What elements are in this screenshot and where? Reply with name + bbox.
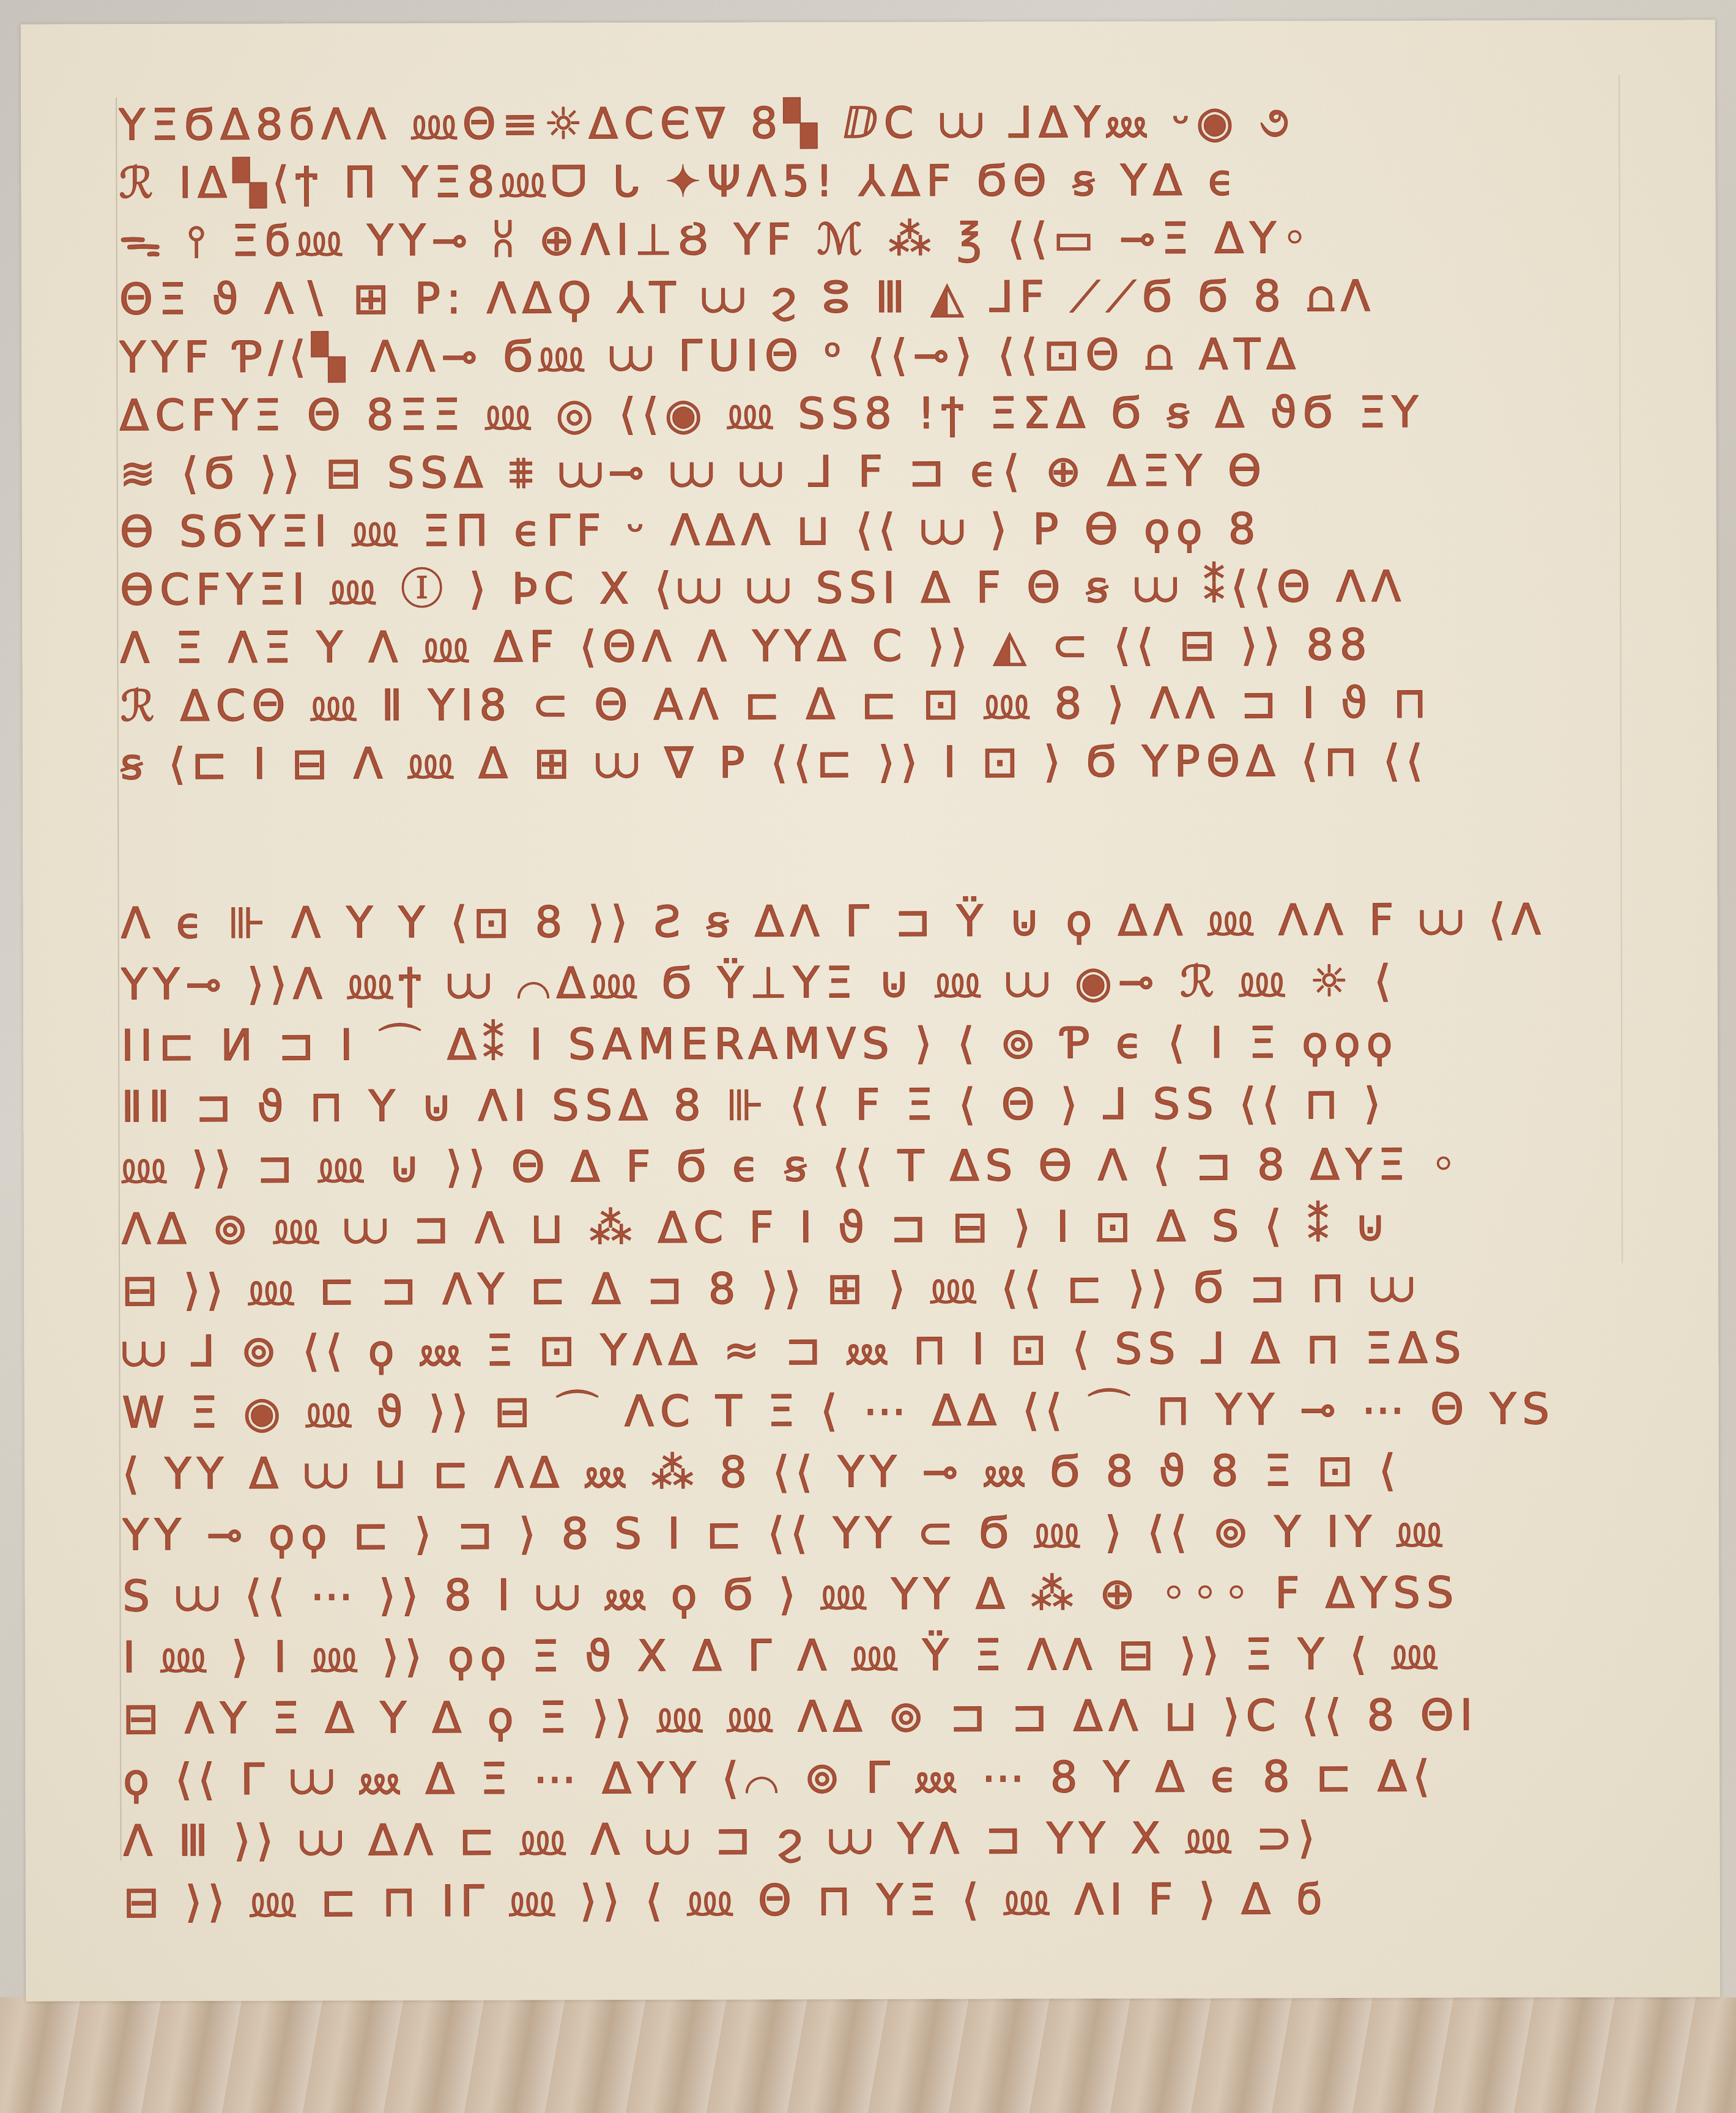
glyph-line: ≋ ⟨Ϭ ⟩⟩ ⊟ ЅЅΔ ⩨ ⩊⊸ ⩊ ⩊ ⅃ Ϝ ⊐ ϵ⟨ ⊕ ΔΞΥ ϴ	[120, 441, 1625, 503]
glyph-line: Ѕ ⩊ ⟨⟨ ⋯ ⟩⟩ 8 Ι ⩊ ⅏ ϙ Ϭ ⟩ ⅏ ΥΥ Δ ⁂ ⊕ ◦◦◦…	[122, 1562, 1627, 1627]
glyph-line: ꞩ ⟨⊏ Ι ⊟ Λ ⅏ Δ ⊞ ⩊ ∇ Ρ ⟨⟨⊏ ⟩⟩ Ι ⊡ ⟩ Ϭ ΥΡ…	[121, 732, 1625, 793]
glyph-line: ⅏ ⟩⟩ ⊐ ⅏ ⊍ ⟩⟩ Θ Δ Ϝ Ϭ ϵ ꞩ ⟨⟨ Τ ΔЅ ϴ Λ ⟨ …	[122, 1134, 1627, 1198]
glyph-line: ϴ ЅϬΥΞΙ ⅏ ΞΠ ϵΓϜ ᵕ ΛΔΛ ⊔ ⟨⟨ ⩊ ⟩ Ρ ϴ ϙϙ 8	[120, 499, 1625, 561]
glyph-line: ϙ ⟨⟨ Γ ⩊ ⅏ Δ Ξ ⋯ ΔΥΥ ⟨⌒ ⊚ Γ ⅏ ⋯ 8 Υ Δ ϵ …	[123, 1745, 1628, 1810]
glyph-line: ⊟ ⟩⟩ ⅏ ⊏ ⊓ ΙΓ ⅏ ⟩⟩ ⟨ ⅏ Θ ⊓ ΥΞ ⟨ ⅏ ΛΙ Ϝ ⟩…	[124, 1868, 1628, 1933]
glyph-line: ΘΞ ϑ Λ∖ ⊞ Ρ: ΛΔϘ ⅄Τ ⩊ ϩ ⵓ Ⅲ ◭ ⅃Ϝ ⟋⟋Ϭ Ϭ 8…	[119, 267, 1624, 329]
glyph-line: ⊟ ΛΥ Ξ Δ Υ Δ ϙ Ξ ⟩⟩ ⅏ ⅏ ΛΔ ⊚ ⊐ ⊐ ΔΛ ⊔ ⟩Ϲ…	[123, 1684, 1628, 1749]
glyph-line: W Ξ ◉ ⅏ ϑ ⟩⟩ ⊟ ⌒ ΛϹ Τ Ξ ⟨ ⋯ ΔΔ ⟨⟨ ⌒ ⊓ ΥΥ…	[122, 1378, 1627, 1443]
glyph-line: ℛ ΙΔ▚⟨ϯ Π ΥΞ8⅏ᗜ ᒐ ✦ΨΛ5! ⅄ΔϜ ϬΘ ꞩ ΥΔ ϵ	[119, 150, 1623, 212]
glyph-line: ϴϹϜΥΞΙ ⅏ Ⓘ ⟩ ϷϹ Χ ⟨⩊ ⩊ ЅЅΙ Δ Ϝ Θ ꞩ ⩊ ⁑⟨⟨…	[120, 557, 1625, 619]
glyph-line: ⟨ ΥΥ Δ ⩊ ⊔ ⊏ ΛΔ ⅏ ⁂ 8 ⟨⟨ ΥΥ ⊸ ⅏ Ϭ 8 ϑ 8 …	[122, 1439, 1627, 1504]
floor-background	[0, 1997, 1736, 2113]
glyph-line: ⩊ ⅃ ⊚ ⟨⟨ ϙ ⅏ Ξ ⊡ ΥΛΔ ≈ ⊐ ⅏ ⊓ Ι ⊡ ⟨ ЅЅ ⅃ …	[122, 1317, 1627, 1382]
glyph-line: ΛΔ ⊚ ⅏ ⩊ ⊐ Λ ⊔ ⁂ ΔϹ Ϝ Ι ϑ ⊐ ⊟ ⟩ Ι ⊡ Δ Ѕ …	[122, 1195, 1627, 1260]
glyph-line: ℛ ΔϹΘ ⅏ Ⅱ ΥΙ8 ⊂ Θ ΑΛ ⊏ Δ ⊏ ⊡ ⅏ 8 ⟩ ΛΛ ⊐ …	[121, 674, 1625, 735]
glyph-line: ΥΥϜ Ƥ/⟨▚ ΛΛ⊸ Ϭ⅏ ⩊ ΓᑌΙΘ ᵒ ⟨⟨⊸⟩ ⟨⟨⊡Θ ⩍ ΑΤΔ	[119, 325, 1624, 387]
glyph-line: ΥΥ⊸ ⟩⟩Λ ⅏ϯ ⩊ ⌒Δ⅏ Ϭ Ϋ⊥ΥΞ ⊍ ⅏ ⩊ ◉⊸ ℛ ⅏ ☼ ⟨	[121, 950, 1626, 1015]
glyph-line: Ι ⅏ ⟩ Ι ⅏ ⟩⟩ ϙϙ Ξ ϑ Χ Δ Γ Λ ⅏ Ϋ Ξ ΛΛ ⊟ ⟩…	[123, 1623, 1628, 1688]
paragraph-1: ΥΞϬΔ8ϭΛΛ ⅏Θ≡☼ΔϹЄ∇ 8▚ ⅅϹ ⩊ ⅃ΔΥ⅏ ᵕ◉ ૭ ℛ ΙΔ…	[119, 92, 1625, 793]
glyph-line: ΥΥ ⊸ ϙϙ ⊏ ⟩ ⊐ ⟩ 8 Ѕ Ι ⊏ ⟨⟨ ΥΥ ⊂ Ϭ ⅏ ⟩ ⟨⟨…	[122, 1501, 1627, 1565]
glyph-line: Λ ϵ ⊪ Λ Υ Υ ⟨⊡ 8 ⟩⟩ Ƨ ꞩ ΔΛ Γ ⊐ Ϋ ⊍ ϙ ΔΛ …	[121, 889, 1625, 954]
glyph-line: ⅡⅡ ⊐ ϑ ⊓ Υ ⊍ ΛΙ ЅЅΔ 8 ⊪ ⟨⟨ Ϝ Ξ ⟨ Θ ⟩ ⅃ Ѕ…	[121, 1072, 1626, 1137]
glyph-line-with-name: ΙΙ⊏ Ͷ ⊐ Ι ⌒ Δ⁑ Ι SAMERAMVS ⟩ ⟨ ⊚ Ƥ ϵ ⟨ Ι…	[121, 1011, 1626, 1076]
manuscript-page: ΥΞϬΔ8ϭΛΛ ⅏Θ≡☼ΔϹЄ∇ 8▚ ⅅϹ ⩊ ⅃ΔΥ⅏ ᵕ◉ ૭ ℛ ΙΔ…	[21, 20, 1720, 2001]
glyph-line: ᯓ ⫯ Ξϭ⅏ ΥΥ⊸ ⩆ ⊕ΛΙ⊥Ȣ ΥϜ ℳ ⁂ ℥ ⟨⟨▭ ⊸Ξ ΔΥ◦	[119, 209, 1624, 270]
glyph-line: ⊟ ⟩⟩ ⅏ ⊏ ⊐ ΛΥ ⊏ Δ ⊐ 8 ⟩⟩ ⊞ ⟩ ⅏ ⟨⟨ ⊏ ⟩⟩ Ϭ…	[122, 1256, 1627, 1321]
glyph-line: ΔϹϜΥΞ Θ 8ΞΞ ⅏ ◎ ⟨⟨◉ ⅏ ЅЅ8 !ϯ ΞΣΔ Ϭ ꞩ Δ ϑ…	[119, 383, 1624, 445]
paragraph-2: Λ ϵ ⊪ Λ Υ Υ ⟨⊡ 8 ⟩⟩ Ƨ ꞩ ΔΛ Γ ⊐ Ϋ ⊍ ϙ ΔΛ …	[121, 889, 1628, 1933]
glyph-line: ΥΞϬΔ8ϭΛΛ ⅏Θ≡☼ΔϹЄ∇ 8▚ ⅅϹ ⩊ ⅃ΔΥ⅏ ᵕ◉ ૭	[119, 92, 1623, 154]
glyph-line: Λ Ξ ΛΞ Υ Λ ⅏ ΔϜ ⟨ΘΛ Λ ΥΥΔ Ϲ ⟩⟩ ◭ ⊂ ⟨⟨ ⊟ …	[120, 615, 1625, 677]
glyph-line: Λ Ⅲ ⟩⟩ ⩊ ΔΛ ⊏ ⅏ Λ ⩊ ⊐ ϩ ⩊ ΥΛ ⊐ ΥΥ Χ ⅏ ⊃⟩	[123, 1807, 1628, 1871]
